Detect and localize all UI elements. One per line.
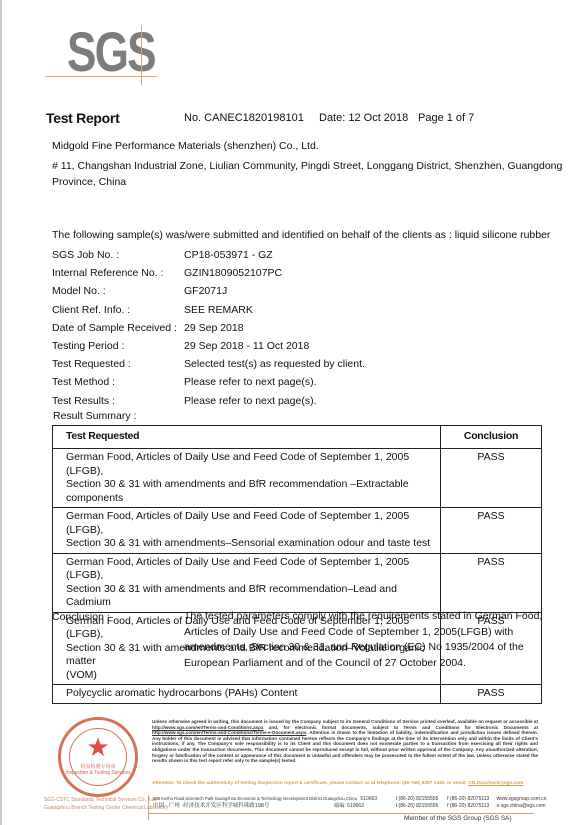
sgs-logo: SGS	[67, 26, 159, 88]
test-description-line: components	[66, 492, 436, 506]
table-row: German Food, Articles of Daily Use and F…	[53, 449, 542, 508]
sample-intro: The following sample(s) was/were submitt…	[52, 227, 550, 243]
fax: f (86-20) 82075113	[447, 796, 495, 803]
field-value: Please refer to next page(s).	[184, 393, 317, 409]
table-row: German Food, Articles of Daily Use and F…	[53, 508, 542, 554]
official-stamp: ★ 检验检测专用章 Inspection & Testing Services	[58, 717, 138, 797]
field-label: Client Ref. Info. :	[52, 302, 130, 318]
stamp-text: 检验检测专用章 Inspection & Testing Services	[61, 764, 135, 776]
website[interactable]: www.sgsgroup.com.cn	[497, 796, 547, 803]
conclusion-cell: PASS	[441, 553, 542, 612]
telephone: t (86-20) 82155555	[396, 796, 446, 803]
table-header-row: Test Requested Conclusion	[53, 426, 542, 449]
test-description-line: Section 30 & 31 with amendments and BfR …	[66, 478, 436, 492]
client-block: Midgold Fine Performance Materials (shen…	[52, 138, 562, 190]
field-label: Testing Period :	[52, 338, 124, 354]
test-description-line: German Food, Articles of Daily Use and F…	[66, 451, 436, 478]
lab-name-line1: SGS-CSTC Standards Technical Services Co…	[44, 796, 168, 804]
disclaimer-text: . Attention is drawn to the limitation o…	[152, 730, 538, 763]
test-description-line: German Food, Articles of Daily Use and F…	[66, 510, 436, 537]
conclusion-cell: PASS	[441, 685, 542, 704]
fax: f (86-20) 82075113	[447, 803, 495, 810]
test-description-line: Polycyclic aromatic hydrocarbons (PAHs) …	[66, 687, 436, 701]
field-value: Please refer to next page(s).	[184, 374, 317, 390]
field-label: Date of Sample Received :	[52, 320, 177, 336]
result-summary-label: Result Summary :	[53, 410, 136, 422]
field-value: Selected test(s) as requested by client.	[184, 356, 365, 372]
table-row: Polycyclic aromatic hydrocarbons (PAHs) …	[53, 685, 542, 704]
disclaimer-text: and, for electronic format documents, su…	[264, 725, 538, 730]
field-label: Test Results :	[52, 393, 115, 409]
page-edge	[0, 0, 2, 825]
address-cn: 中国 · 广州 ·经济技术开发区科学城科珠路198号	[153, 803, 333, 810]
field-value: GF2071J	[184, 283, 227, 299]
conclusion-label: Conclusion :	[52, 609, 110, 625]
stamp-text-en: Inspection & Testing Services	[61, 770, 135, 776]
field-value: CP18-053971 - GZ	[184, 247, 273, 263]
page-indicator: Page 1 of 7	[418, 112, 474, 124]
client-name: Midgold Fine Performance Materials (shen…	[52, 138, 562, 154]
test-requested-cell: German Food, Articles of Daily Use and F…	[53, 508, 441, 554]
field-value: 29 Sep 2018	[184, 320, 244, 336]
test-description-line: Section 30 & 31 with amendments–Sensoria…	[66, 537, 436, 551]
authenticity-notice: Attention: To check the authenticity of …	[152, 781, 542, 787]
test-description-line: Section 30 & 31 with amendments and BfR …	[66, 583, 436, 610]
test-description-line: German Food, Articles of Daily Use and F…	[66, 556, 436, 583]
field-label: Test Method :	[52, 374, 115, 390]
field-label: SGS Job No. :	[52, 247, 119, 263]
lab-name-line2: Guangzhou Branch Testing Center Chemical…	[44, 804, 168, 812]
doccheck-email-link[interactable]: CN.Doccheck@sgs.com	[468, 781, 523, 786]
client-address-line2: Province, China	[52, 174, 562, 190]
footer-divider-horizontal	[148, 813, 534, 814]
legal-disclaimer: Unless otherwise agreed in writing, this…	[152, 719, 538, 764]
field-label: Model No. :	[52, 283, 106, 299]
field-value: GZIN1809052107PC	[184, 265, 282, 281]
logo-accent-vertical-line	[141, 25, 142, 85]
column-conclusion: Conclusion	[441, 426, 542, 449]
e-document-terms-link[interactable]: http://www.sgs.com/en/Terms-and-Conditio…	[152, 730, 306, 735]
field-value: 29 Sep 2018 - 11 Oct 2018	[184, 338, 309, 354]
disclaimer-text: Unless otherwise agreed in writing, this…	[152, 719, 538, 724]
conclusion-cell: PASS	[441, 508, 542, 554]
attention-text: Attention: To check the authenticity of …	[152, 781, 468, 786]
contact-row-cn: 中国 · 广州 ·经济技术开发区科学城科珠路198号 邮编: 510663 t …	[153, 803, 546, 810]
field-value: SEE REMARK	[184, 302, 253, 318]
address-en: 198 Kezhu Road,Scientech Park Guangzhou …	[153, 795, 359, 802]
member-line: Member of the SGS Group (SGS SA)	[404, 815, 512, 822]
test-requested-cell: Polycyclic aromatic hydrocarbons (PAHs) …	[53, 685, 441, 704]
report-title: Test Report	[46, 110, 119, 126]
report-number: No. CANEC1820198101	[184, 112, 304, 124]
test-requested-cell: German Food, Articles of Daily Use and F…	[53, 553, 441, 612]
email[interactable]: e sgs.china@sgs.com	[497, 803, 546, 810]
postcode-cn: 邮编: 510663	[334, 803, 394, 810]
table-row: German Food, Articles of Daily Use and F…	[53, 553, 542, 612]
conclusion-text: The tested parameters comply with the re…	[184, 609, 544, 671]
terms-link[interactable]: http://www.sgs.com/en/Terms-and-Conditio…	[152, 725, 264, 730]
field-label: Test Requested :	[52, 356, 131, 372]
test-requested-cell: German Food, Articles of Daily Use and F…	[53, 449, 441, 508]
contact-row-en: 198 Kezhu Road,Scientech Park Guangzhou …	[153, 795, 547, 803]
star-icon: ★	[61, 734, 135, 760]
field-label: Internal Reference No. :	[52, 265, 163, 281]
client-address-line1: # 11, Changshan Industrial Zone, Liulian…	[52, 158, 562, 174]
column-test-requested: Test Requested	[53, 426, 441, 449]
postcode-en: 510663	[360, 796, 394, 803]
footer-divider-vertical	[148, 795, 149, 820]
report-date: Date: 12 Oct 2018	[319, 112, 408, 124]
conclusion-cell: PASS	[441, 449, 542, 508]
telephone: t (86-20) 82155555	[396, 803, 446, 810]
lab-name: SGS-CSTC Standards Technical Services Co…	[44, 796, 168, 812]
